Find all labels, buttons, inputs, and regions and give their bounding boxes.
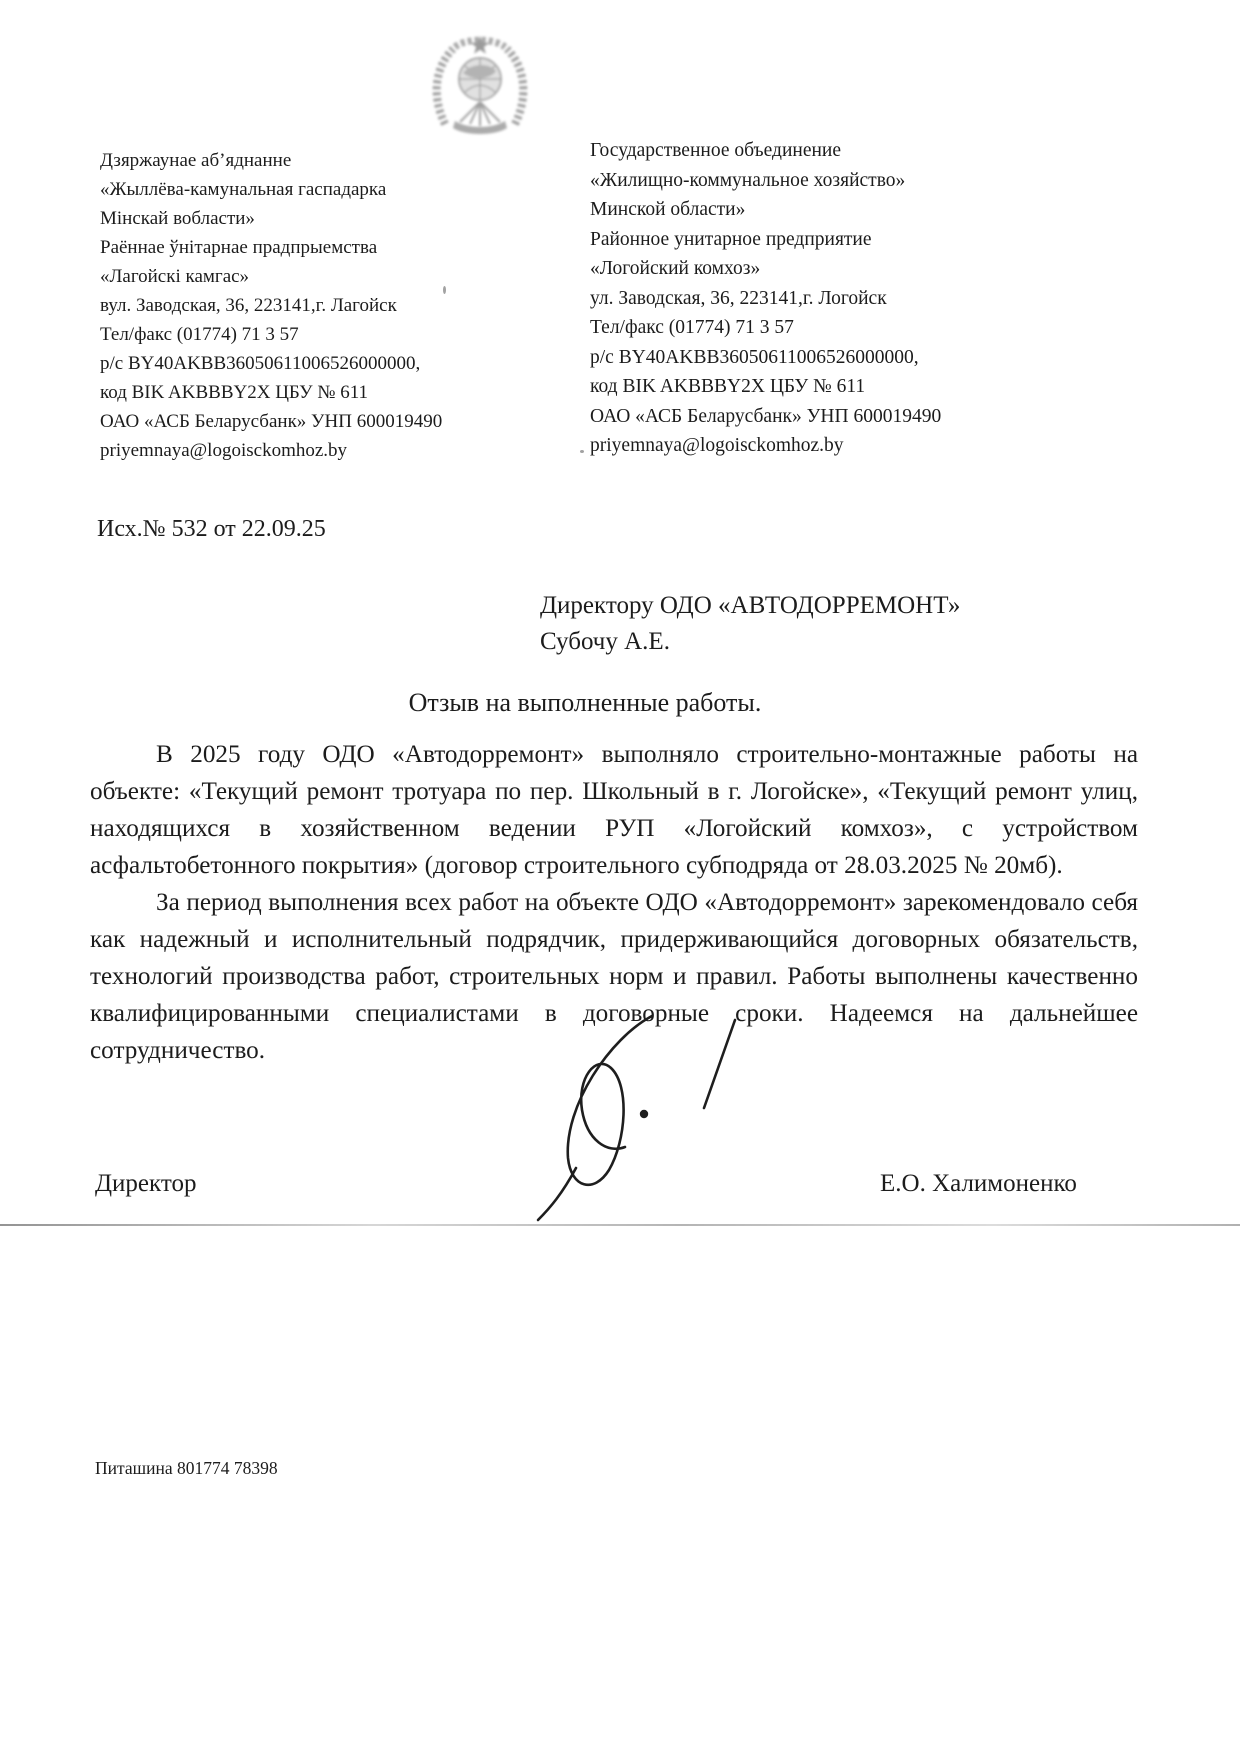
letterhead-line: Тел/факс (01774) 71 3 57 [590, 313, 1020, 343]
letterhead-line: код BIK AKBBBY2X ЦБУ № 611 [590, 372, 1020, 402]
signatory-name: Е.О. Халимоненко [880, 1170, 1077, 1198]
letterhead-line: ул. Заводская, 36, 223141,г. Логойск [590, 284, 1020, 314]
letter-page: Дзяржаунае аб’яднанне «Жыллёва-камунальн… [0, 0, 1240, 1754]
letterhead-line: код BIK AKBBBY2X ЦБУ № 611 [100, 378, 500, 407]
letter-title: Отзыв на выполненные работы. [90, 688, 1080, 718]
handwritten-signature-icon [492, 1008, 792, 1223]
scan-fold-crease [0, 1224, 1240, 1226]
letterhead-line: р/с BY40AKBB36050611006526000000, [590, 343, 1020, 373]
letterhead-email: priyemnaya@logoisckomhoz.by [100, 436, 500, 465]
scan-speck [580, 450, 584, 453]
addressee-person: Субочу А.Е. [540, 624, 960, 660]
scan-speck [443, 286, 446, 294]
addressee-organization: Директору ОДО «АВТОДОРРЕМОНТ» [540, 588, 960, 624]
letterhead-line: вул. Заводская, 36, 223141,г. Лагойск [100, 291, 500, 320]
coat-of-arms-icon [424, 34, 536, 144]
letterhead-line: Минской области» [590, 195, 1020, 225]
letterhead-line: «Логойский комхоз» [590, 254, 1020, 284]
signatory-role: Директор [95, 1170, 196, 1198]
letterhead-line: Тел/факс (01774) 71 3 57 [100, 320, 500, 349]
outgoing-number: Исх.№ 532 от 22.09.25 [97, 516, 326, 543]
letterhead-line: Районное унитарное предприятие [590, 225, 1020, 255]
letterhead-line: ОАО «АСБ Беларусбанк» УНП 600019490 [590, 402, 1020, 432]
letterhead-line: Государственное объединение [590, 136, 1020, 166]
letterhead-email: priyemnaya@logoisckomhoz.by [590, 431, 1020, 461]
addressee-block: Директору ОДО «АВТОДОРРЕМОНТ» Субочу А.Е… [540, 588, 960, 660]
letterhead-line: ОАО «АСБ Беларусбанк» УНП 600019490 [100, 407, 500, 436]
letterhead-line: Мінскай вобласти» [100, 204, 500, 233]
letterhead-line: Раённае ўнітарнае прадпрыемства [100, 233, 500, 262]
body-paragraph: В 2025 году ОДО «Автодорремонт» выполнял… [90, 736, 1138, 884]
letterhead-belarusian: Дзяржаунае аб’яднанне «Жыллёва-камунальн… [100, 146, 500, 465]
letterhead-russian: Государственное объединение «Жилищно-ком… [590, 136, 1020, 461]
letterhead-line: р/с BY40AKBB36050611006526000000, [100, 349, 500, 378]
letterhead-line: Дзяржаунае аб’яднанне [100, 146, 500, 175]
letterhead-line: «Жилищно-коммунальное хозяйство» [590, 166, 1020, 196]
letterhead-line: «Жыллёва-камунальная гаспадарка [100, 175, 500, 204]
executor-contact: Питашина 801774 78398 [95, 1458, 278, 1479]
letterhead-line: «Лагойскі камгас» [100, 262, 500, 291]
